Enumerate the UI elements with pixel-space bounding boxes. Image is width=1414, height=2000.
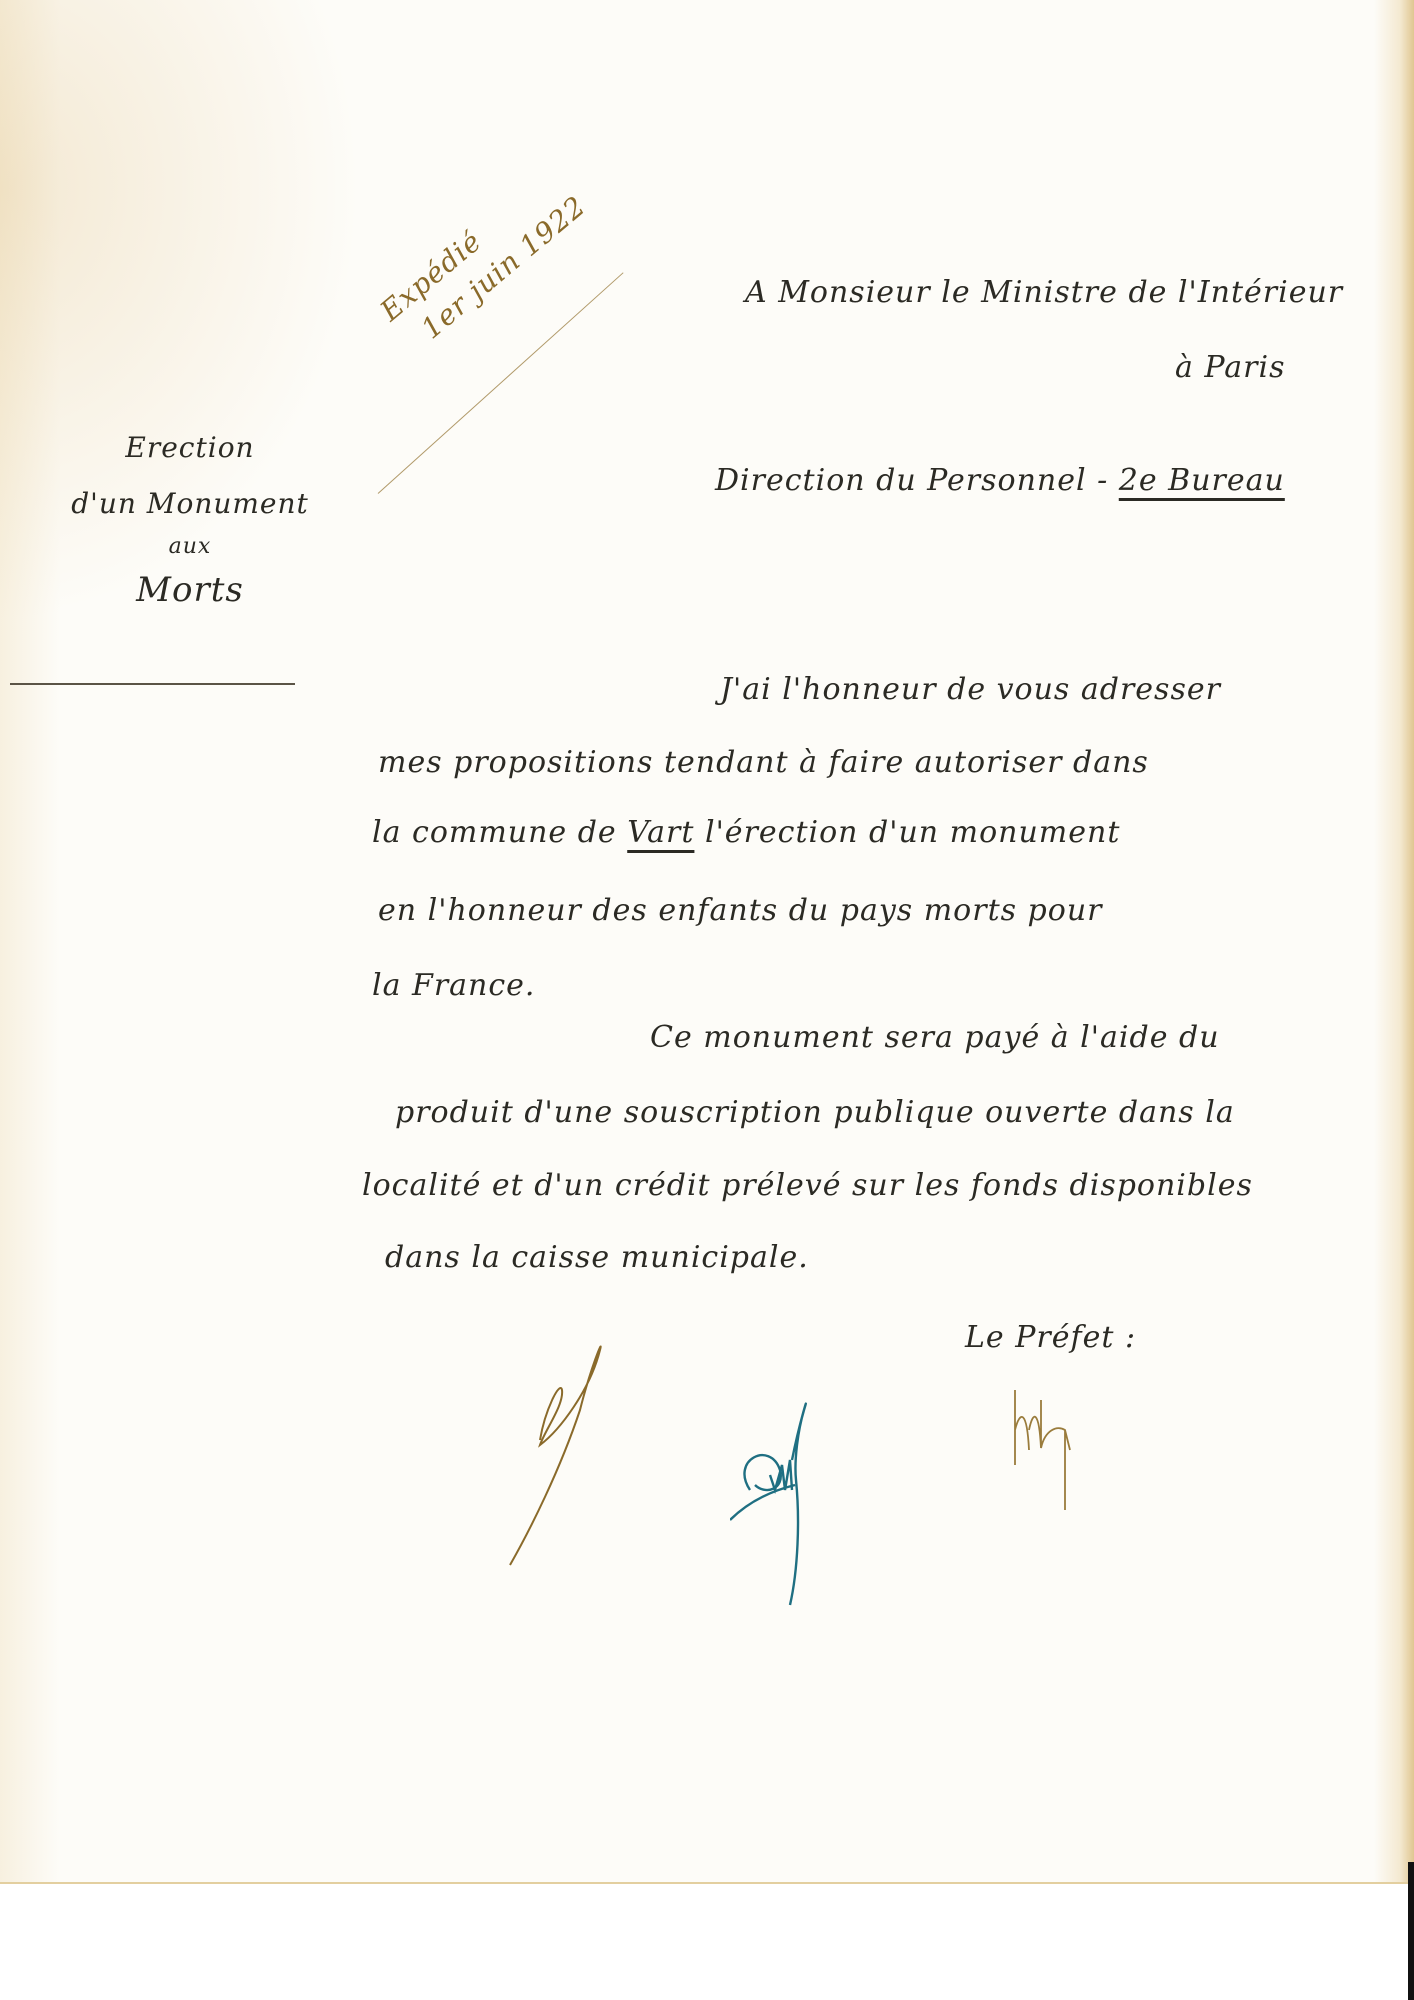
body-line-7: produit d'une souscription publique ouve… [395,1095,1235,1130]
margin-note: Erection d'un Monument aux Morts [60,420,320,618]
closing-le-prefet: Le Préfet : [965,1320,1136,1355]
document-page: Erection d'un Monument aux Morts Expédié… [0,0,1414,1884]
body-line-2: mes propositions tendant à faire autoris… [378,745,1149,780]
body-line-4: en l'honneur des enfants du pays morts p… [378,893,1103,928]
margin-note-line-3: aux [60,532,320,562]
body-line-3: la commune de Vart l'érection d'un monum… [372,815,1120,850]
address-line-2: à Paris [1175,350,1285,385]
direction-label: Direction du Personnel - [715,463,1119,498]
scan-edge [1408,1862,1414,2000]
address-line-1: A Monsieur le Ministre de l'Intérieur [745,275,1343,310]
commune-suffix: l'érection d'un monument [705,815,1120,850]
bureau-label: 2e Bureau [1119,463,1285,498]
blue-signature [730,1380,850,1610]
margin-note-line-4: Morts [60,562,320,618]
commune-name: Vart [627,815,694,850]
commune-prefix: la commune de [372,815,617,850]
paraph-sepia-signature [500,1330,650,1570]
body-line-8: localité et d'un crédit prélevé sur les … [362,1168,1253,1203]
body-line-5: la France. [372,968,535,1003]
address-line-3: Direction du Personnel - 2e Bureau [715,463,1285,498]
dispatch-annotation: Expédié 1er juin 1922 [372,156,595,361]
prefect-signature [1005,1370,1115,1540]
body-line-1: J'ai l'honneur de vous adresser [720,672,1221,707]
body-line-6: Ce monument sera payé à l'aide du [650,1020,1220,1055]
margin-note-line-1: Erection [60,420,320,476]
body-line-9: dans la caisse municipale. [385,1240,809,1275]
margin-note-line-2: d'un Monument [60,476,320,532]
margin-divider [10,683,295,685]
